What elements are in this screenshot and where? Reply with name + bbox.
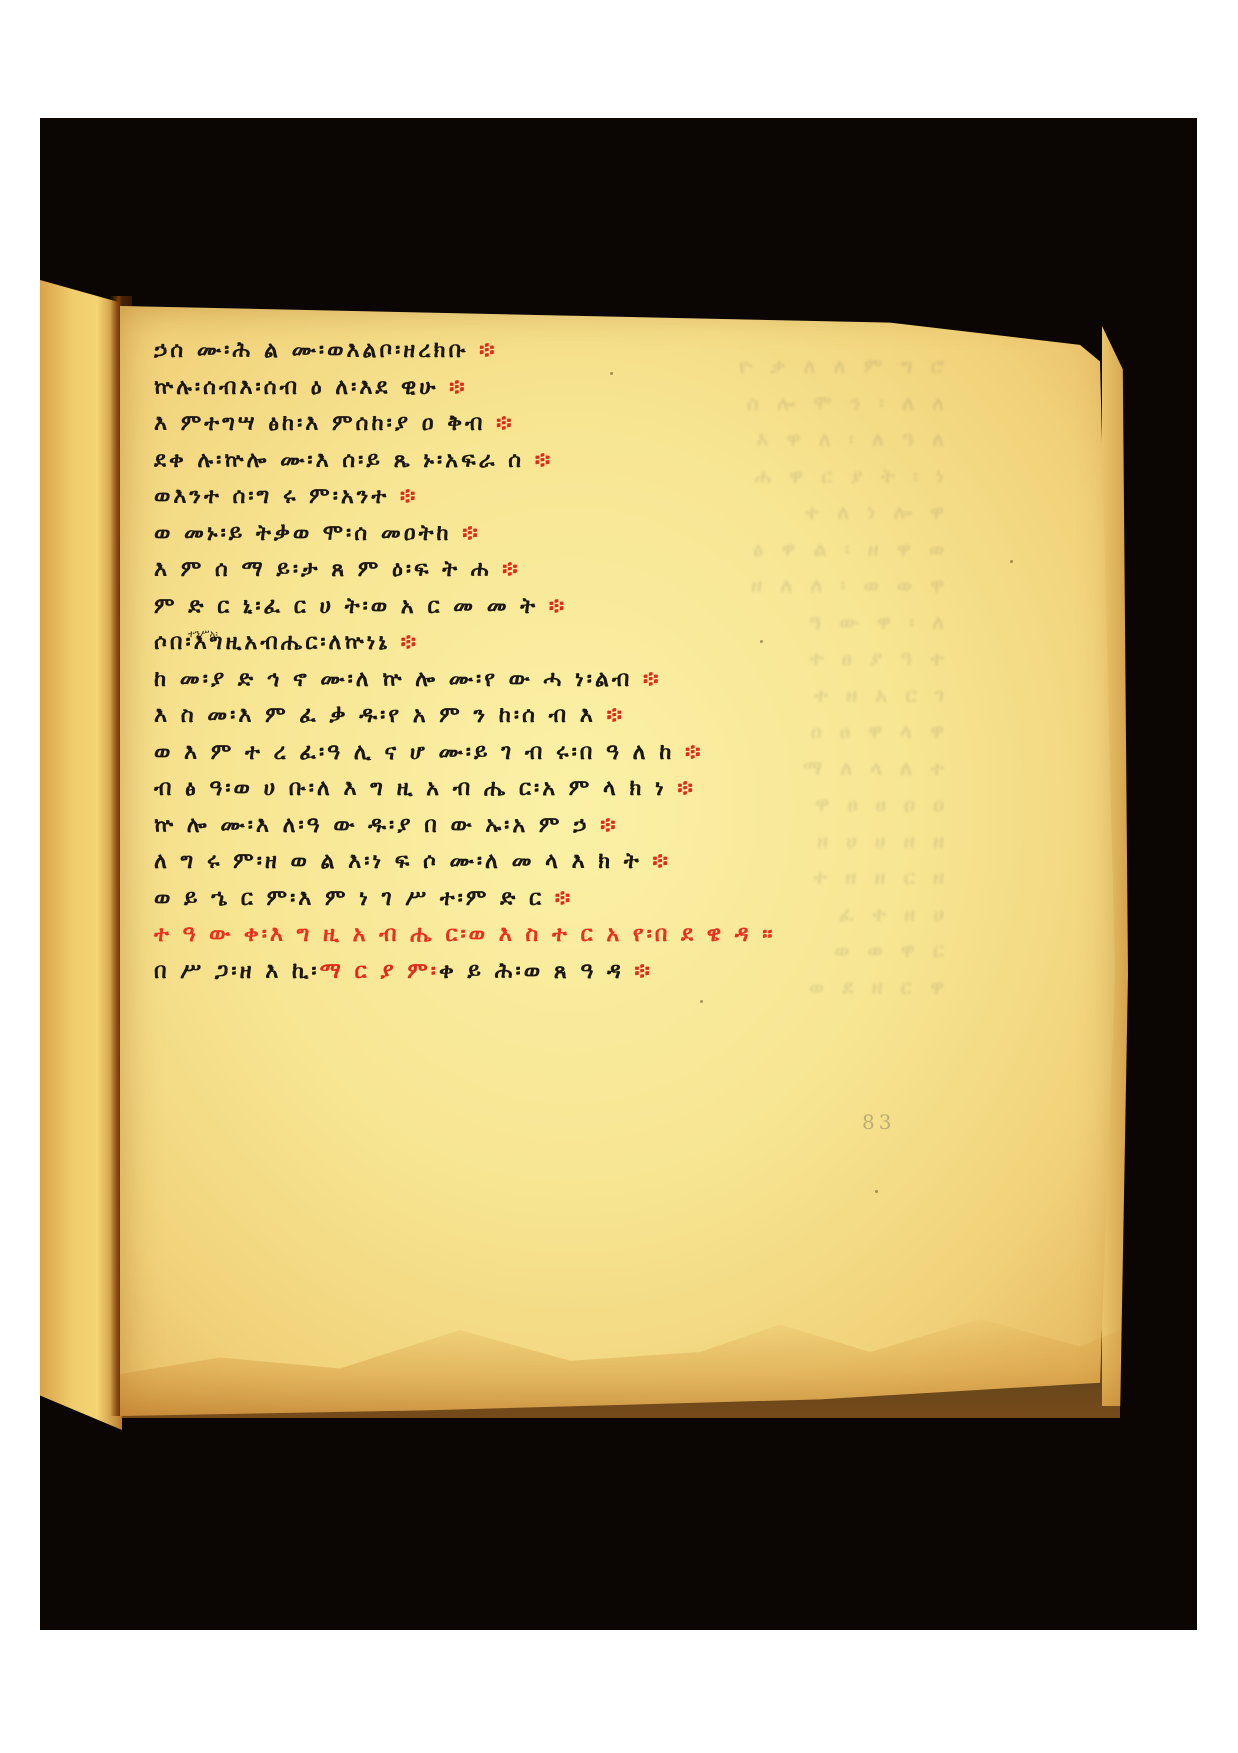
punctuation-mark: ፨ (491, 557, 520, 582)
punctuation-mark: ፨ (667, 776, 696, 801)
punctuation-mark: ፨ (632, 667, 661, 692)
rubricated-name: ማ ር ያ ም፡ (320, 959, 439, 984)
text-line: ወ እ ም ተ ረ ፈ፡ዓ ሊ ና ሆ ሙ፡ይ ገ ብ ሩ፡በ ዓ ለ ከ ፨ (154, 735, 874, 772)
line-text: እ ስ መ፡እ ም ፈ ቃ ዱ፡የ አ ም ን ከ፡ሰ ብ እ (154, 703, 596, 728)
manuscript-text-block: ኃሰ ሙ፡ሕ ል ሙ፡ወእልቦ፡ዘረክቡ ፨ኵሉ፡ሰብእ፡ሰብ ዕ ለ፡እደ ዊ… (154, 333, 874, 990)
punctuation-mark: ፨ (468, 338, 497, 363)
punctuation-mark: ፨ (674, 740, 703, 765)
line-text: ቀ ይ ሕ፡ወ ጸ ዓ ዳ (439, 959, 624, 984)
punctuation-mark: ፨ (589, 813, 618, 838)
punctuation-mark: ፨ (486, 411, 515, 436)
line-text: ተ ዓ ው ቀ፡እ ግ ዚ አ ብ ሔ ር፡ወ እ ስ ተ ር አ የ፡በ ደ … (154, 922, 752, 947)
line-text: ወ ይ ኄ ር ም፡እ ም ነ ገ ሥ ተ፡ም ድ ር (154, 886, 544, 911)
text-line: ኃሰ ሙ፡ሕ ል ሙ፡ወእልቦ፡ዘረክቡ ፨ (154, 333, 874, 370)
punctuation-mark: ፨ (642, 849, 671, 874)
rubric-line: ተ ዓ ው ቀ፡እ ግ ዚ አ ብ ሔ ር፡ወ እ ስ ተ ር አ የ፡በ ደ … (154, 917, 874, 954)
line-text: ለ ግ ሩ ም፡ዘ ወ ል እ፡ነ ፍ ሶ ሙ፡ለ መ ላ እ ክ ት (154, 849, 642, 874)
text-line: እ ም ሰ ማ ይ፡ታ ጸ ም ዕ፡ፍ ት ሐ ፨ (154, 552, 874, 589)
text-line: ተንሥአ፡ሶበ፡እግዚአብሔር፡ለኵነኔ ፨ (154, 625, 874, 662)
line-text: ብ ፅ ዓ፡ወ ሀ ቡ፡ለ እ ግ ዚ አ ብ ሔ ር፡አ ም ላ ክ ነ (154, 776, 667, 801)
line-text: ኵሉ፡ሰብእ፡ሰብ ዕ ለ፡እደ ዊሁ (154, 375, 438, 400)
line-text: ደቀ ሉ፡ኵሎ ሙ፡እ ሰ፡ይ ጼ ኑ፡አፍራ ሰ (154, 448, 524, 473)
line-text: ወ እ ም ተ ረ ፈ፡ዓ ሊ ና ሆ ሙ፡ይ ገ ብ ሩ፡በ ዓ ለ ከ (154, 740, 674, 765)
text-line: እ ስ መ፡እ ም ፈ ቃ ዱ፡የ አ ም ን ከ፡ሰ ብ እ ፨ (154, 698, 874, 735)
text-line: በ ሥ ጋ፡ዘ እ ኪ፡ማ ር ያ ም፡ቀ ይ ሕ፡ወ ጸ ዓ ዳ ፨ (154, 954, 874, 991)
text-line: ብ ፅ ዓ፡ወ ሀ ቡ፡ለ እ ግ ዚ አ ብ ሔ ር፡አ ም ላ ክ ነ ፨ (154, 771, 874, 808)
text-line: ለ ግ ሩ ም፡ዘ ወ ል እ፡ነ ፍ ሶ ሙ፡ለ መ ላ እ ክ ት ፨ (154, 844, 874, 881)
text-line: ደቀ ሉ፡ኵሎ ሙ፡እ ሰ፡ይ ጼ ኑ፡አፍራ ሰ ፨ (154, 443, 874, 480)
text-line: ወእንተ ሰ፡ግ ሩ ም፡አንተ ፨ (154, 479, 874, 516)
punctuation-mark: ፨ (544, 886, 573, 911)
punctuation-mark: ፨ (624, 959, 653, 984)
text-line: ከ መ፡ያ ድ ኅ ኖ ሙ፡ለ ኵ ሎ ሙ፡የ ው ሓ ነ፡ልብ ፨ (154, 662, 874, 699)
interlinear-correction: ተንሥአ፡ (188, 617, 218, 654)
line-text: ም ድ ር ኒ፡ፈ ር ሀ ት፡ወ አ ር መ መ ት (154, 594, 538, 619)
punctuation-mark: ፨ (452, 521, 481, 546)
punctuation-mark: ፨ (390, 630, 419, 655)
punctuation-mark: ፨ (438, 375, 467, 400)
punctuation-mark: ፨ (389, 484, 418, 509)
line-text: ከ መ፡ያ ድ ኅ ኖ ሙ፡ለ ኵ ሎ ሙ፡የ ው ሓ ነ፡ልብ (154, 667, 632, 692)
text-line: ም ድ ር ኒ፡ፈ ር ሀ ት፡ወ አ ር መ መ ት ፨ (154, 589, 874, 626)
punctuation-mark: ፨ (596, 703, 625, 728)
punctuation-mark: ፨ (538, 594, 567, 619)
punctuation-mark: ። (752, 922, 776, 947)
line-text: እ ምተግሣ ፅከ፡እ ምሰከ፡ያ ዐ ቅብ (154, 411, 486, 436)
line-text: ኵ ሎ ሙ፡እ ለ፡ዓ ው ዱ፡ያ በ ው ኡ፡አ ም ኃ (154, 813, 589, 838)
line-text: በ ሥ ጋ፡ዘ እ ኪ፡ (154, 959, 320, 984)
text-line: ወ ይ ኄ ር ም፡እ ም ነ ገ ሥ ተ፡ም ድ ር ፨ (154, 881, 874, 918)
line-text: ኃሰ ሙ፡ሕ ል ሙ፡ወእልቦ፡ዘረክቡ (154, 338, 468, 363)
text-line: ኵ ሎ ሙ፡እ ለ፡ዓ ው ዱ፡ያ በ ው ኡ፡አ ም ኃ ፨ (154, 808, 874, 845)
punctuation-mark: ፨ (524, 448, 553, 473)
line-text: ወ መኑ፡ይ ትቃወ ሞ፡ሰ መዐትከ (154, 521, 452, 546)
line-text: እ ም ሰ ማ ይ፡ታ ጸ ም ዕ፡ፍ ት ሐ (154, 557, 491, 582)
text-line: ወ መኑ፡ይ ትቃወ ሞ፡ሰ መዐትከ ፨ (154, 516, 874, 553)
text-line: እ ምተግሣ ፅከ፡እ ምሰከ፡ያ ዐ ቅብ ፨ (154, 406, 874, 443)
line-text: ወእንተ ሰ፡ግ ሩ ም፡አንተ (154, 484, 389, 509)
folio-number: 83 (862, 1110, 895, 1134)
text-line: ኵሉ፡ሰብእ፡ሰብ ዕ ለ፡እደ ዊሁ ፨ (154, 370, 874, 407)
